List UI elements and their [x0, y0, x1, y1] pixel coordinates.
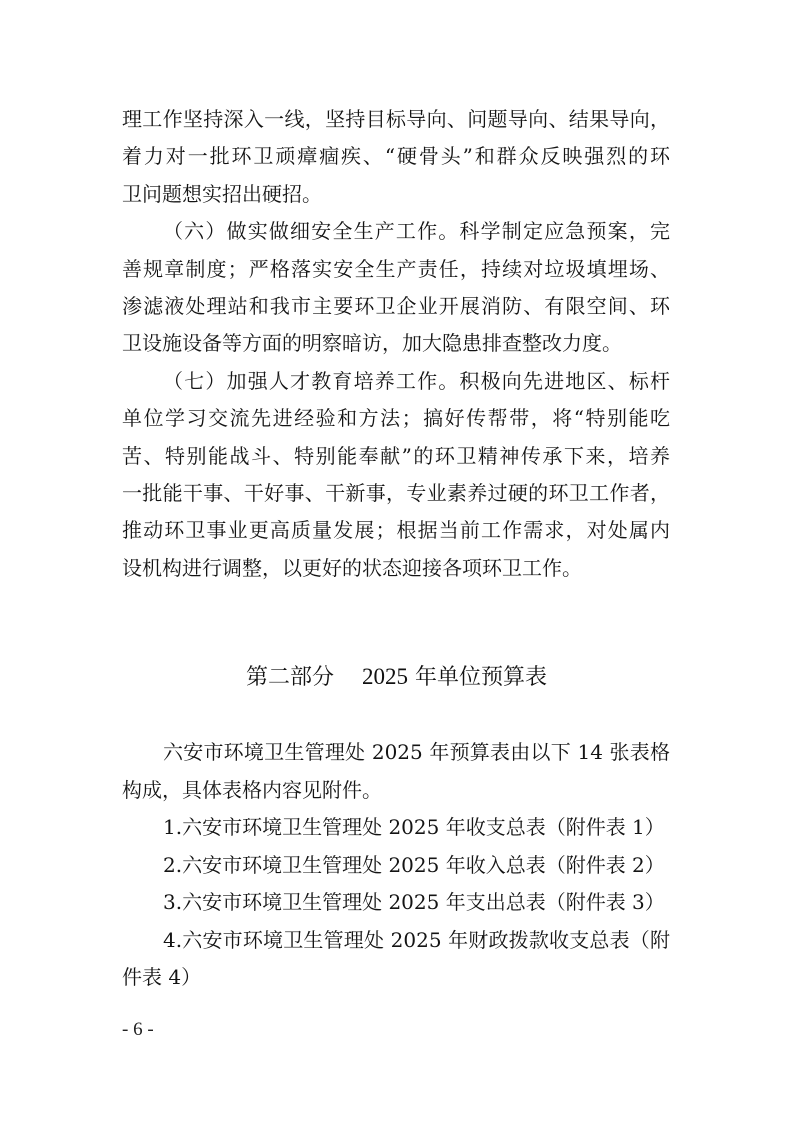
paragraph-intro: 六安市环境卫生管理处 2025 年预算表由以下 14 张表格 构成，具体表格内容…: [122, 734, 670, 809]
paragraph-talent-training: （七）加强人才教育培养工作。积极向先进地区、标杆 单位学习交流先进经验和方法；搞…: [122, 363, 670, 587]
text-line: 卫问题想实招出硬招。: [122, 176, 670, 213]
text-line: 构成，具体表格内容见附件。: [122, 772, 670, 810]
paragraph-safety-production: （六）做实做细安全生产工作。科学制定应急预案，完 善规章制度；严格落实安全生产责…: [122, 213, 670, 363]
heading-gap: [334, 665, 362, 690]
page-number: - 6 -: [122, 1019, 154, 1041]
list-item: 2.六安市环境卫生管理处 2025 年收入总表（附件表 2）: [122, 847, 670, 885]
text-line: 设机构进行调整，以更好的状态迎接各项环卫工作。: [122, 550, 670, 587]
text-line: 六安市环境卫生管理处 2025 年预算表由以下 14 张表格: [122, 734, 670, 772]
text-line: 善规章制度；严格落实安全生产责任，持续对垃圾填埋场、: [122, 251, 670, 288]
paragraph-continuation: 理工作坚持深入一线，坚持目标导向、问题导向、结果导向， 着力对一批环卫顽瘴痼疾、…: [122, 101, 670, 213]
table-list: 1.六安市环境卫生管理处 2025 年收支总表（附件表 1） 2.六安市环境卫生…: [122, 809, 670, 997]
text-line: （六）做实做细安全生产工作。科学制定应急预案，完: [122, 213, 670, 250]
list-item: 4.六安市环境卫生管理处 2025 年财政拨款收支总表（附: [122, 922, 670, 960]
text-line: 着力对一批环卫顽瘴痼疾、“硬骨头”和群众反映强烈的环: [122, 138, 670, 175]
document-page: 理工作坚持深入一线，坚持目标导向、问题导向、结果导向， 着力对一批环卫顽瘴痼疾、…: [0, 0, 793, 1122]
heading-title: 年单位预算表: [408, 665, 547, 690]
text-line: （七）加强人才教育培养工作。积极向先进地区、标杆: [122, 363, 670, 400]
text-line: 一批能干事、干好事、干新事，专业素养过硬的环卫工作者，: [122, 475, 670, 512]
list-item-continuation: 件表 4）: [122, 959, 670, 997]
section-budget-tables: 六安市环境卫生管理处 2025 年预算表由以下 14 张表格 构成，具体表格内容…: [122, 734, 670, 997]
list-item: 1.六安市环境卫生管理处 2025 年收支总表（附件表 1）: [122, 809, 670, 847]
section-work-measures: 理工作坚持深入一线，坚持目标导向、问题导向、结果导向， 着力对一批环卫顽瘴痼疾、…: [122, 101, 670, 587]
text-line: 渗滤液处理站和我市主要环卫企业开展消防、有限空间、环: [122, 288, 670, 325]
text-line: 推动环卫事业更高质量发展；根据当前工作需求，对处属内: [122, 512, 670, 549]
heading-part: 第二部分: [246, 665, 334, 690]
section-heading: 第二部分 2025 年单位预算表: [0, 663, 793, 691]
text-line: 苦、特别能战斗、特别能奉献”的环卫精神传承下来，培养: [122, 438, 670, 475]
heading-year: 2025: [362, 664, 408, 689]
text-line: 卫设施设备等方面的明察暗访，加大隐患排查整改力度。: [122, 325, 670, 362]
list-item: 3.六安市环境卫生管理处 2025 年支出总表（附件表 3）: [122, 884, 670, 922]
text-line: 单位学习交流先进经验和方法；搞好传帮带，将“特别能吃: [122, 400, 670, 437]
text-line: 理工作坚持深入一线，坚持目标导向、问题导向、结果导向，: [122, 101, 670, 138]
